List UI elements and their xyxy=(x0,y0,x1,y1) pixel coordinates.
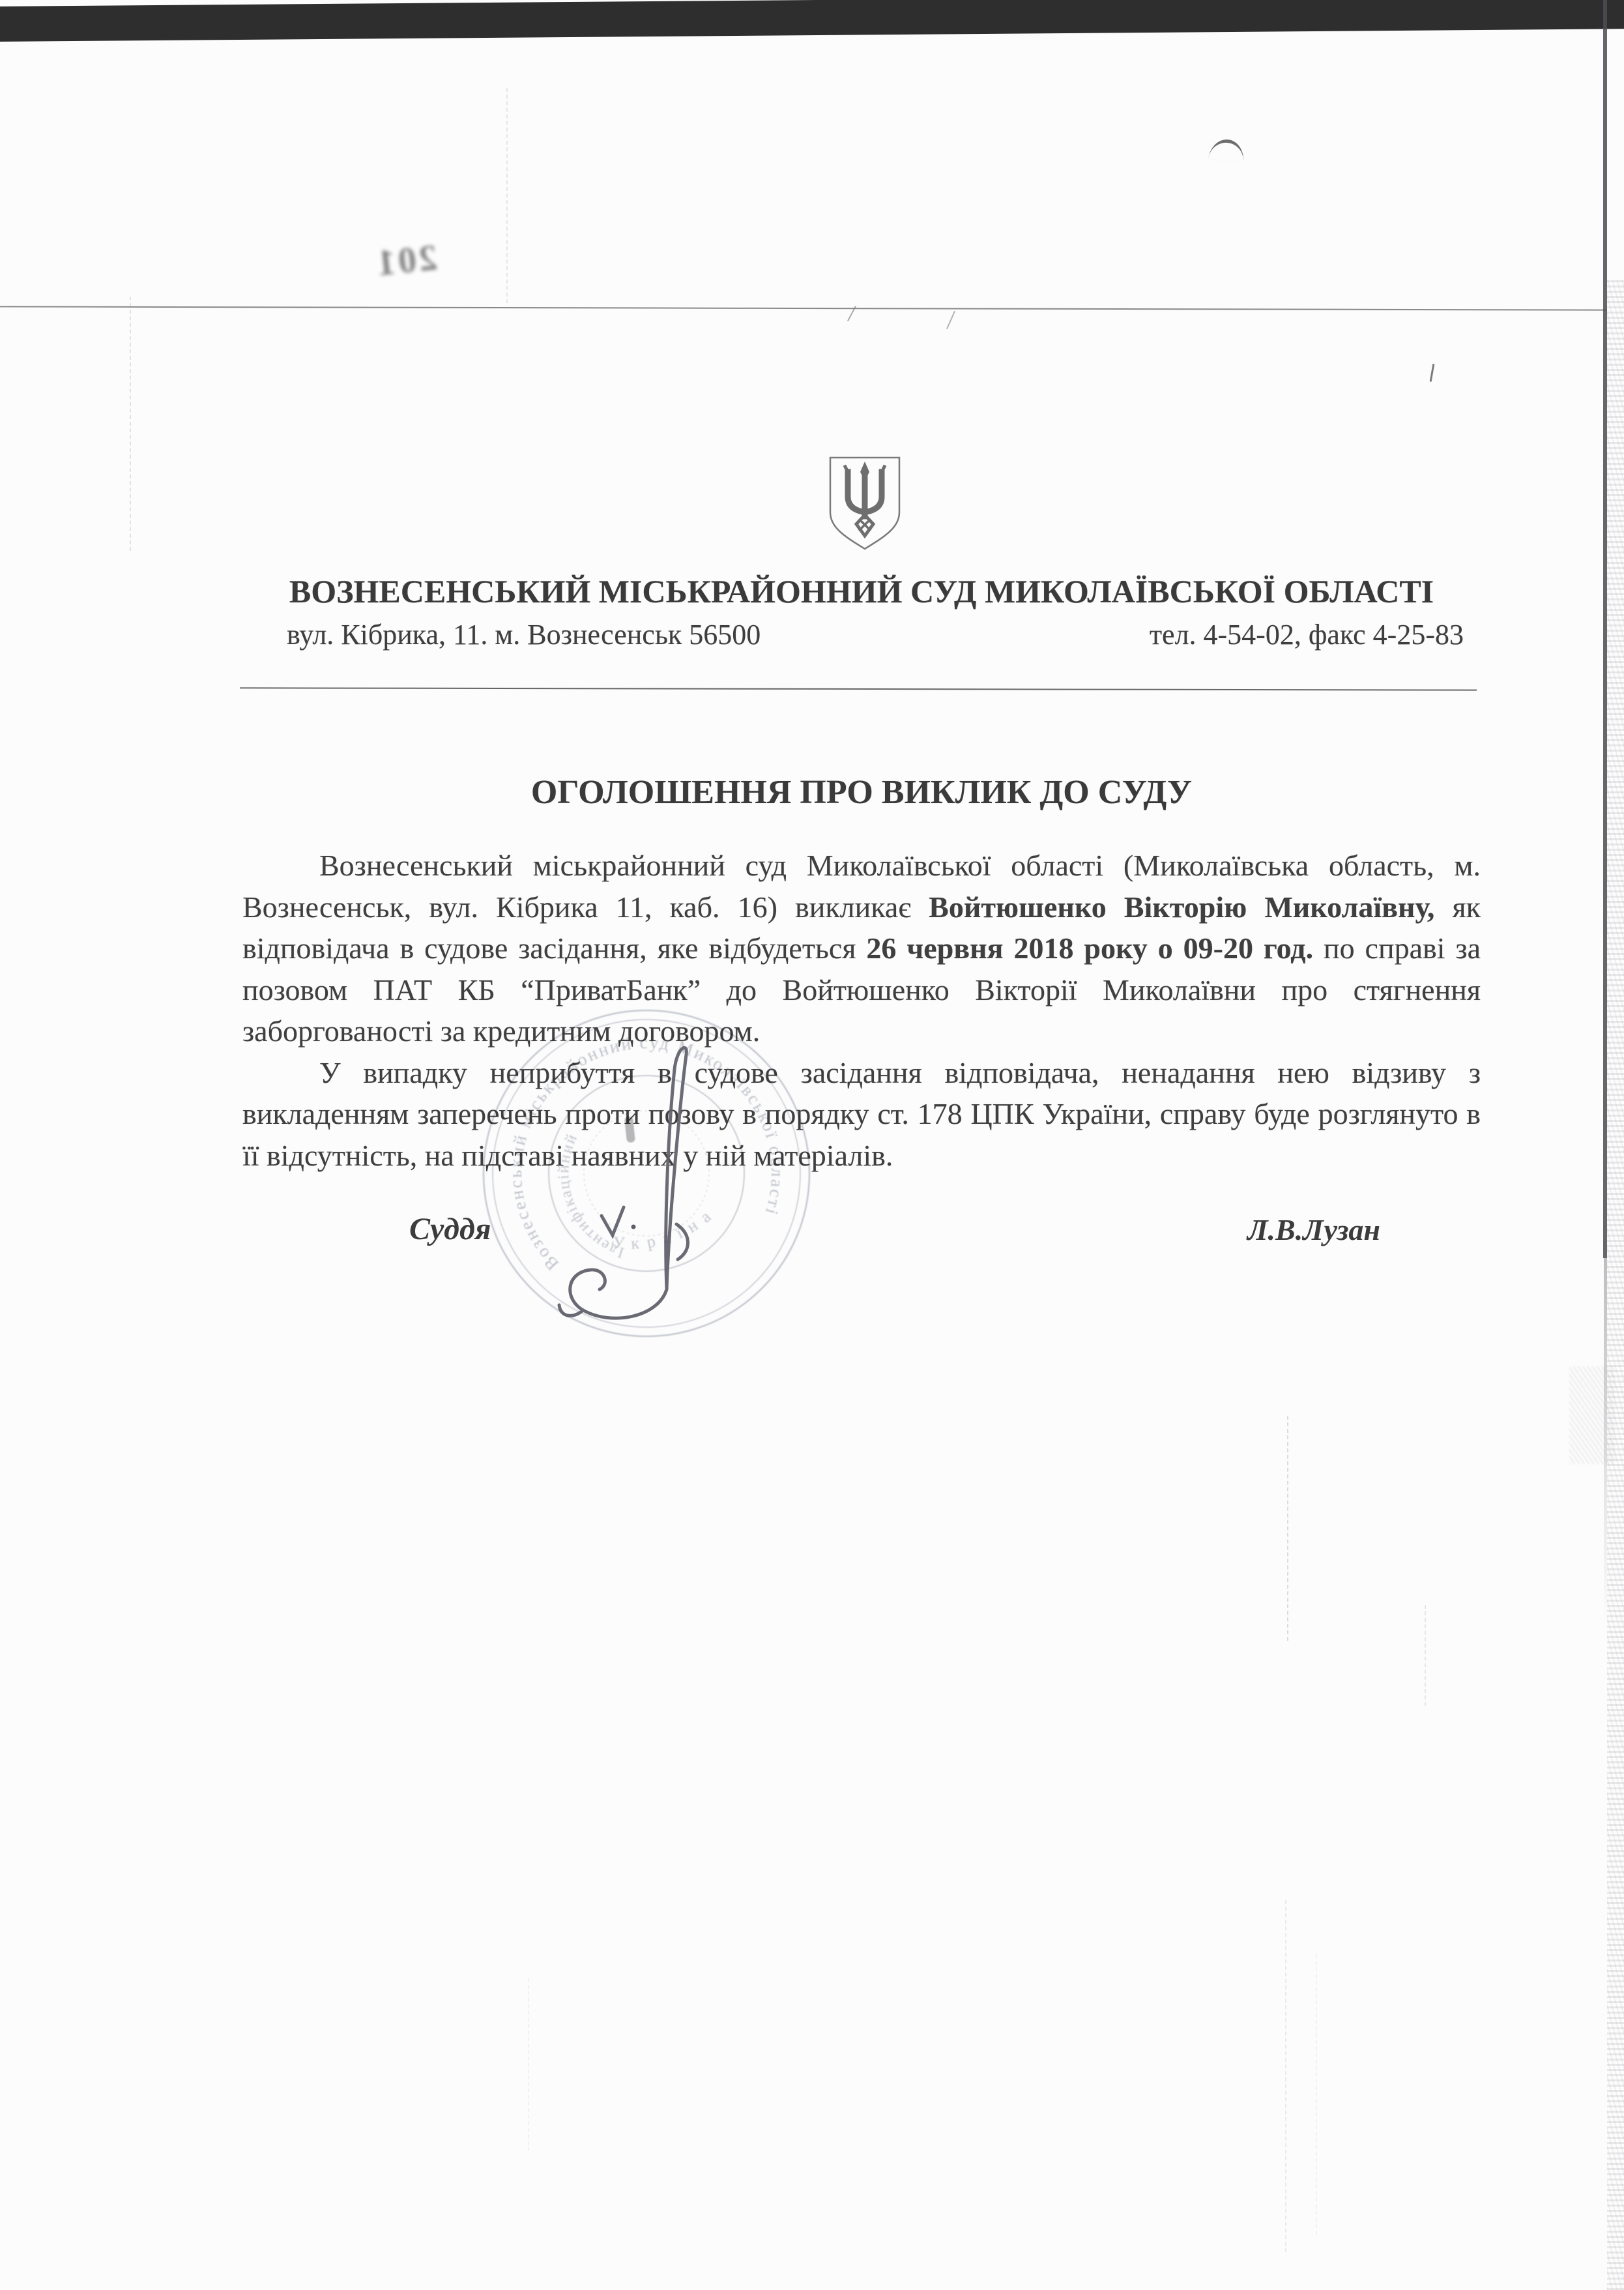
scan-noise-strip xyxy=(1607,280,1624,2290)
scan-line-artifact xyxy=(130,297,131,551)
court-contact-row: вул. Кібрика, 11. м. Вознесенськ 56500 т… xyxy=(242,618,1481,651)
scanner-black-band xyxy=(0,0,1624,42)
scan-noise-patch xyxy=(1569,1366,1615,1464)
scan-line-artifact xyxy=(1316,1954,1317,2235)
hearing-date-bold: 26 червня 2018 року о 09-20 год. xyxy=(866,932,1313,965)
scan-line-artifact xyxy=(528,1978,529,2151)
document-body: Вознесенський міськрайонний суд Миколаїв… xyxy=(242,845,1481,1176)
document-title: ОГОЛОШЕННЯ ПРО ВИКЛИК ДО СУДУ xyxy=(242,773,1481,812)
court-name-heading: ВОЗНЕСЕНСЬКИЙ МІСЬКРАЙОННИЙ СУД МИКОЛАЇВ… xyxy=(242,572,1481,610)
ukraine-trident-emblem-icon xyxy=(825,455,905,553)
pen-arc-mark xyxy=(1208,138,1246,163)
ink-bleed-smudge: 201 xyxy=(373,237,439,285)
paragraph-warning: У випадку неприбуття в судове засідання … xyxy=(242,1052,1481,1177)
court-phone-fax: тел. 4-54-02, факс 4-25-83 xyxy=(1150,618,1481,651)
defendant-name-bold: Войтюшенко Вікторію Миколаївну, xyxy=(929,890,1434,924)
scan-line-artifact xyxy=(1287,1416,1288,1641)
scan-line-artifact xyxy=(1425,1605,1426,1706)
paragraph-summons: Вознесенський міськрайонний суд Миколаїв… xyxy=(242,845,1481,1052)
scan-line-artifact xyxy=(506,88,508,303)
judge-signature-scrawl xyxy=(534,1030,730,1330)
scan-line-artifact xyxy=(1285,1900,1286,2252)
judge-name: Л.В.Лузан xyxy=(1247,1212,1380,1247)
court-address: вул. Кібрика, 11. м. Вознесенськ 56500 xyxy=(242,618,761,651)
header-divider-line xyxy=(240,687,1477,690)
small-hook-mark xyxy=(1430,364,1435,382)
tick-mark xyxy=(946,311,955,329)
scanned-document-page: 201 ВОЗНЕСЕНСЬКИЙ МІСЬКРАЙОННИЙ СУД МИКО… xyxy=(0,0,1624,2290)
page-edge-line xyxy=(0,306,1607,310)
